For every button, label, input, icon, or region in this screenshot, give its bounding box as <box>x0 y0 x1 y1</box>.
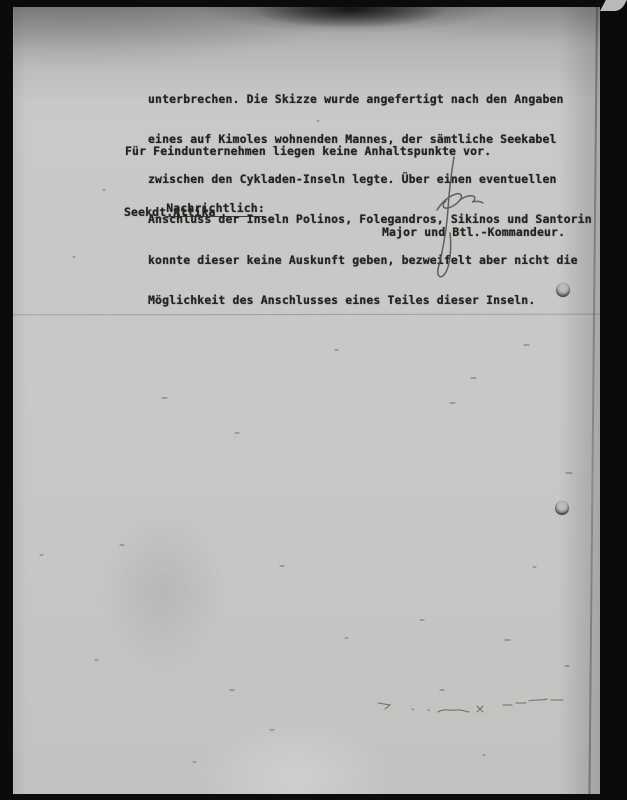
body-line: unterbrechen. Die Skizze wurde angeferti… <box>148 93 592 106</box>
punch-hole-icon <box>556 283 570 297</box>
underlying-page-corner <box>600 0 627 11</box>
punch-hole-icon <box>555 501 569 515</box>
feind-line: Für Feindunternehmen liegen keine Anhalt… <box>125 145 491 158</box>
body-line: zwischen den Cykladen-Inseln legte. Über… <box>148 173 592 186</box>
distribution-line: Seekdt.Attika <box>124 206 216 219</box>
pencil-marks-icon <box>378 699 563 712</box>
signature-title: Major und Btl.-Kommandeur. <box>382 226 565 239</box>
body-line: Möglichkeit des Anschlusses eines Teiles… <box>148 294 592 307</box>
document-page: unterbrechen. Die Skizze wurde angeferti… <box>13 7 600 794</box>
scanned-document: unterbrechen. Die Skizze wurde angeferti… <box>0 0 627 800</box>
body-line: konnte dieser keine Auskunft geben, bezw… <box>148 254 592 267</box>
